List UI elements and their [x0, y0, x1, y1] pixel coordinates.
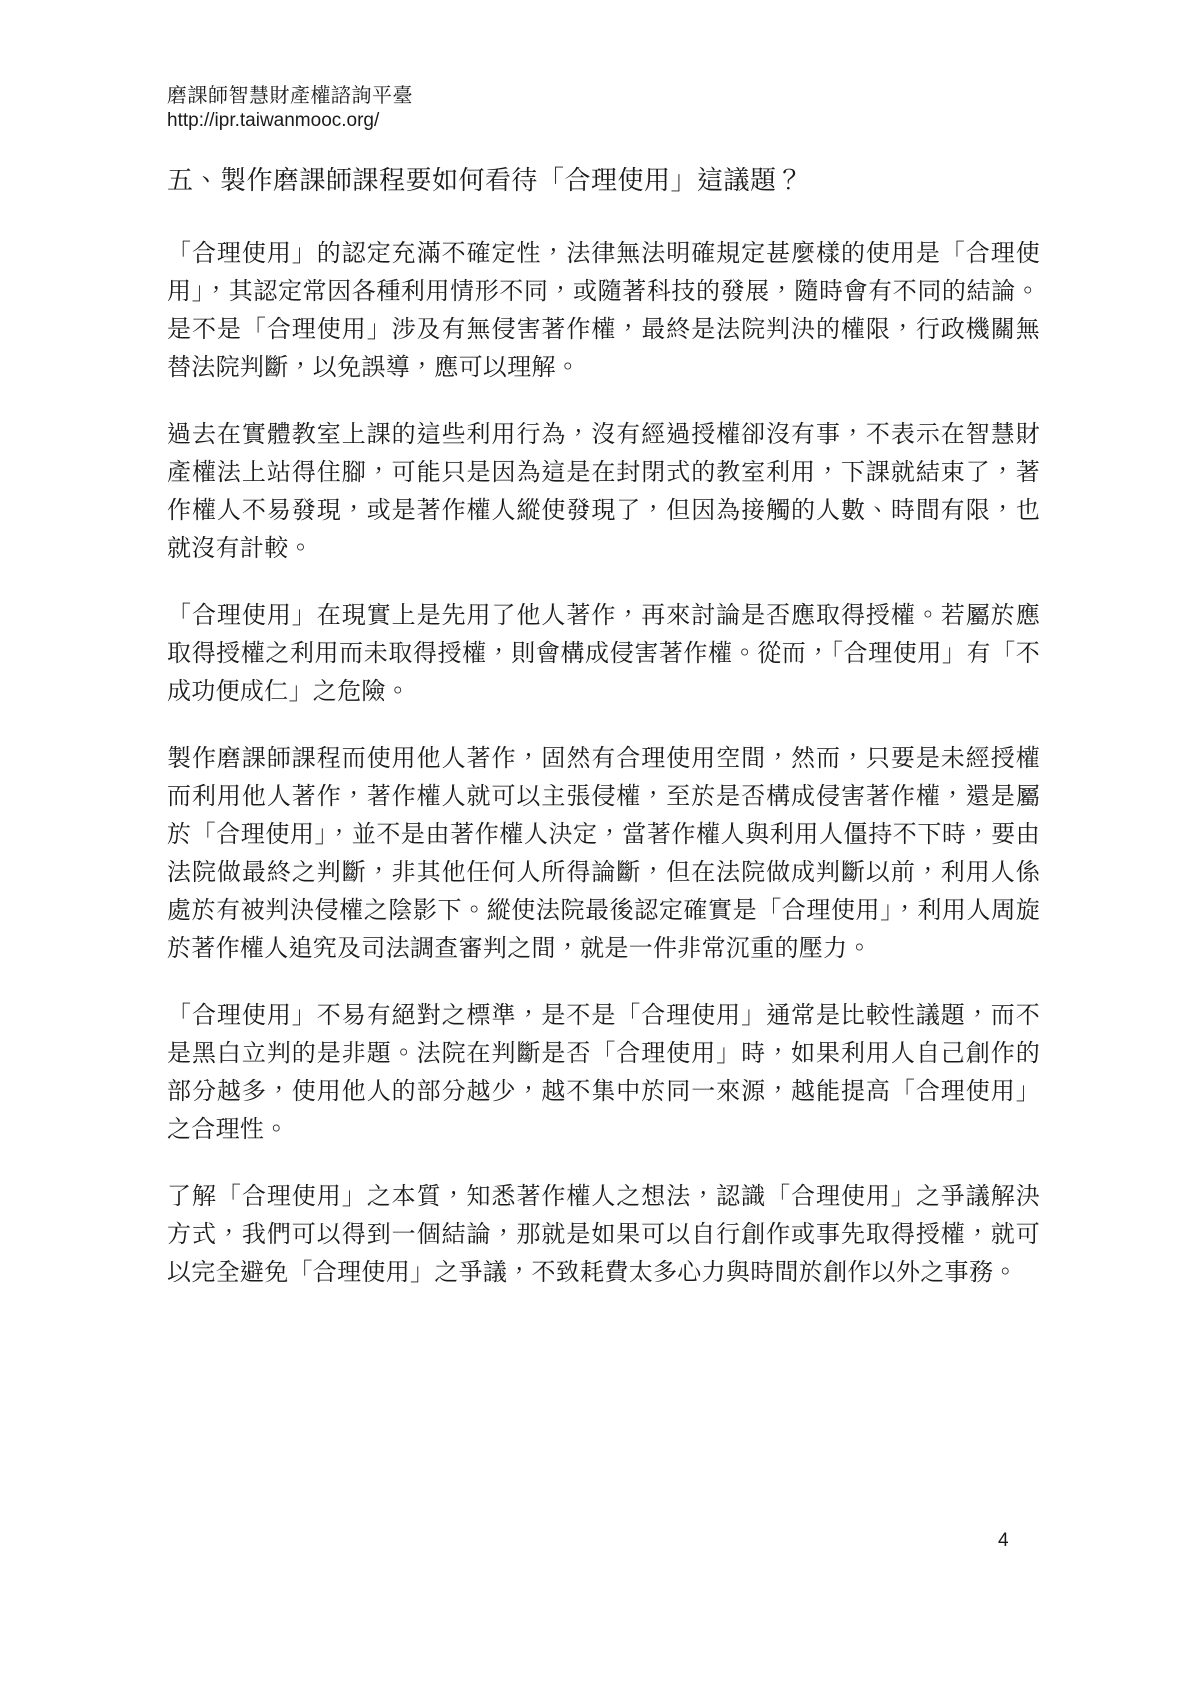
section-title: 五、製作磨課師課程要如何看待「合理使用」這議題？ — [167, 164, 1040, 198]
page-number: 4 — [998, 1530, 1009, 1552]
paragraph-5: 「合理使用」不易有絕對之標準，是不是「合理使用」通常是比較性議題，而不是黑白立判… — [167, 996, 1040, 1148]
platform-url: http://ipr.taiwanmooc.org/ — [167, 108, 1040, 134]
document-header: 磨課師智慧財產權諮詢平臺 http://ipr.taiwanmooc.org/ — [167, 82, 1040, 134]
platform-name: 磨課師智慧財產權諮詢平臺 — [167, 82, 1040, 108]
document-body: 「合理使用」的認定充滿不確定性，法律無法明確規定甚麼樣的使用是「合理使用」，其認… — [167, 234, 1040, 1291]
paragraph-1: 「合理使用」的認定充滿不確定性，法律無法明確規定甚麼樣的使用是「合理使用」，其認… — [167, 234, 1040, 386]
document-page: 磨課師智慧財產權諮詢平臺 http://ipr.taiwanmooc.org/ … — [0, 0, 1191, 1684]
paragraph-4: 製作磨課師課程而使用他人著作，固然有合理使用空間，然而，只要是未經授權而利用他人… — [167, 739, 1040, 967]
paragraph-6: 了解「合理使用」之本質，知悉著作權人之想法，認識「合理使用」之爭議解決方式，我們… — [167, 1177, 1040, 1291]
paragraph-2: 過去在實體教室上課的這些利用行為，沒有經過授權卻沒有事，不表示在智慧財產權法上站… — [167, 415, 1040, 567]
paragraph-3: 「合理使用」在現實上是先用了他人著作，再來討論是否應取得授權。若屬於應取得授權之… — [167, 596, 1040, 710]
